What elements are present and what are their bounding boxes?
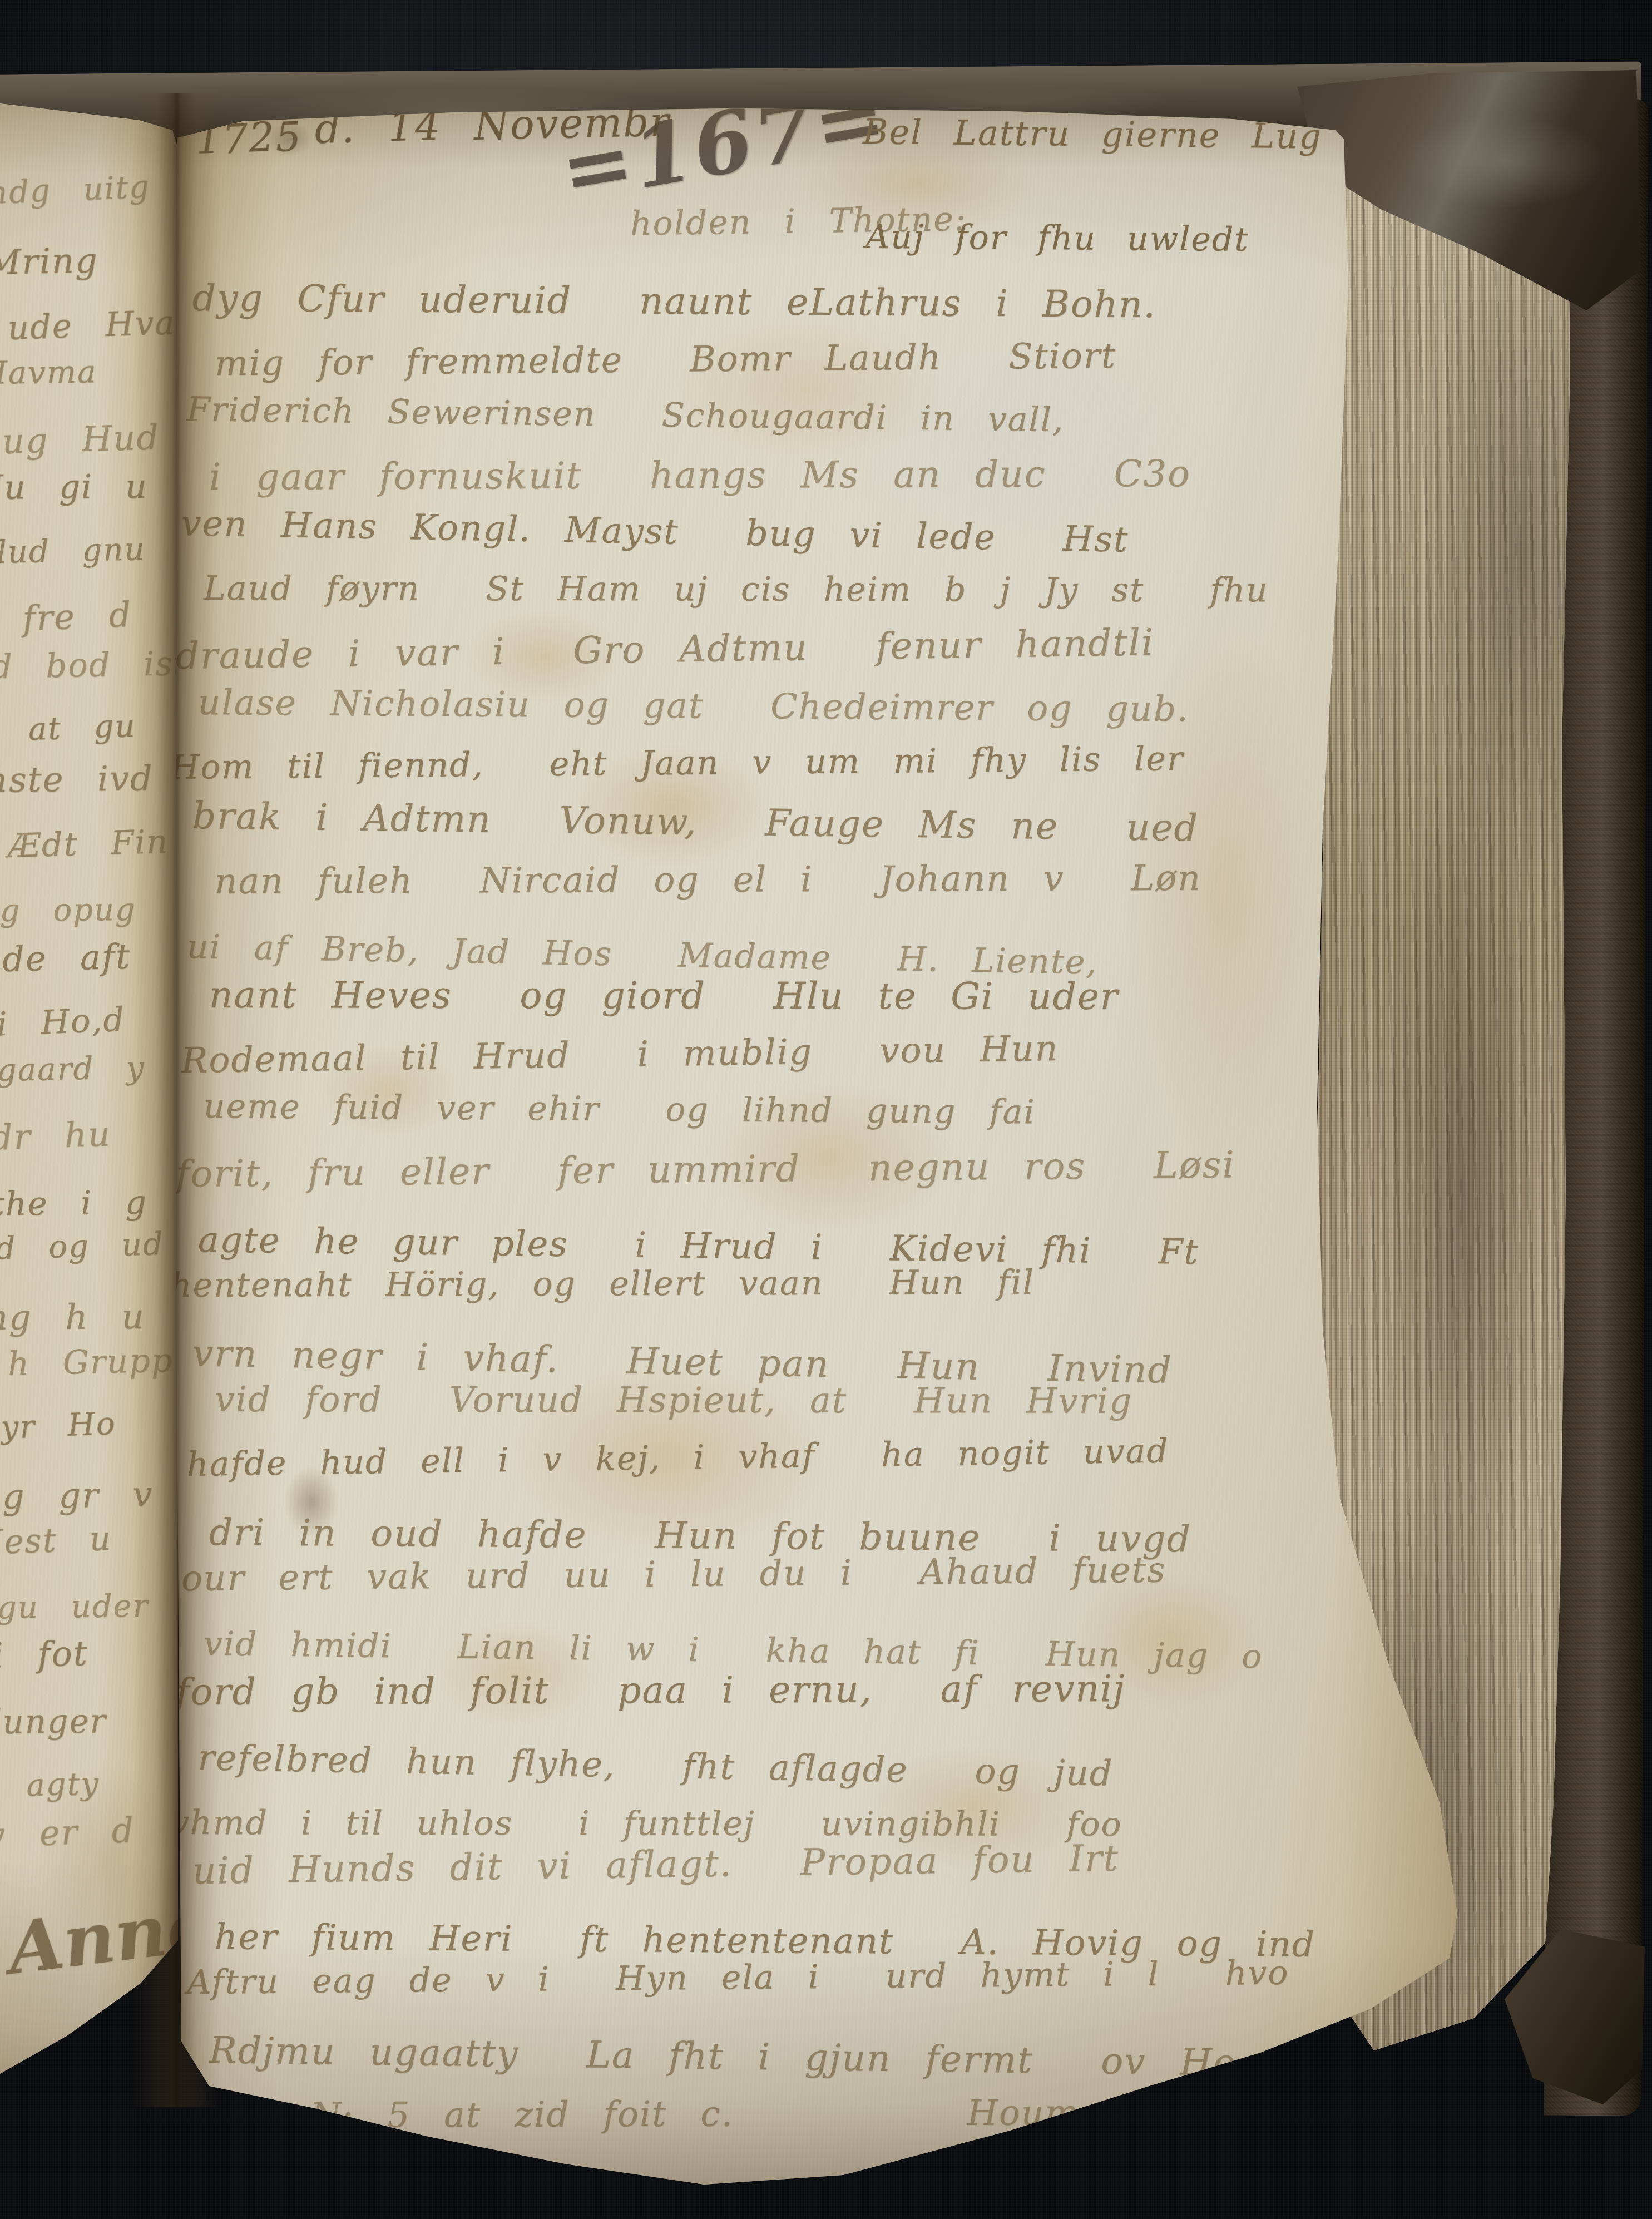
gutter-shadow [132, 93, 221, 2107]
page-shading [176, 106, 1466, 2186]
photo-background: Rhdg uitgMringude HvadHavmaug HudHu gi u… [0, 0, 1652, 2219]
right-page: holden i Thotne:dyg Cfur uderuid naunt e… [176, 106, 1466, 2186]
